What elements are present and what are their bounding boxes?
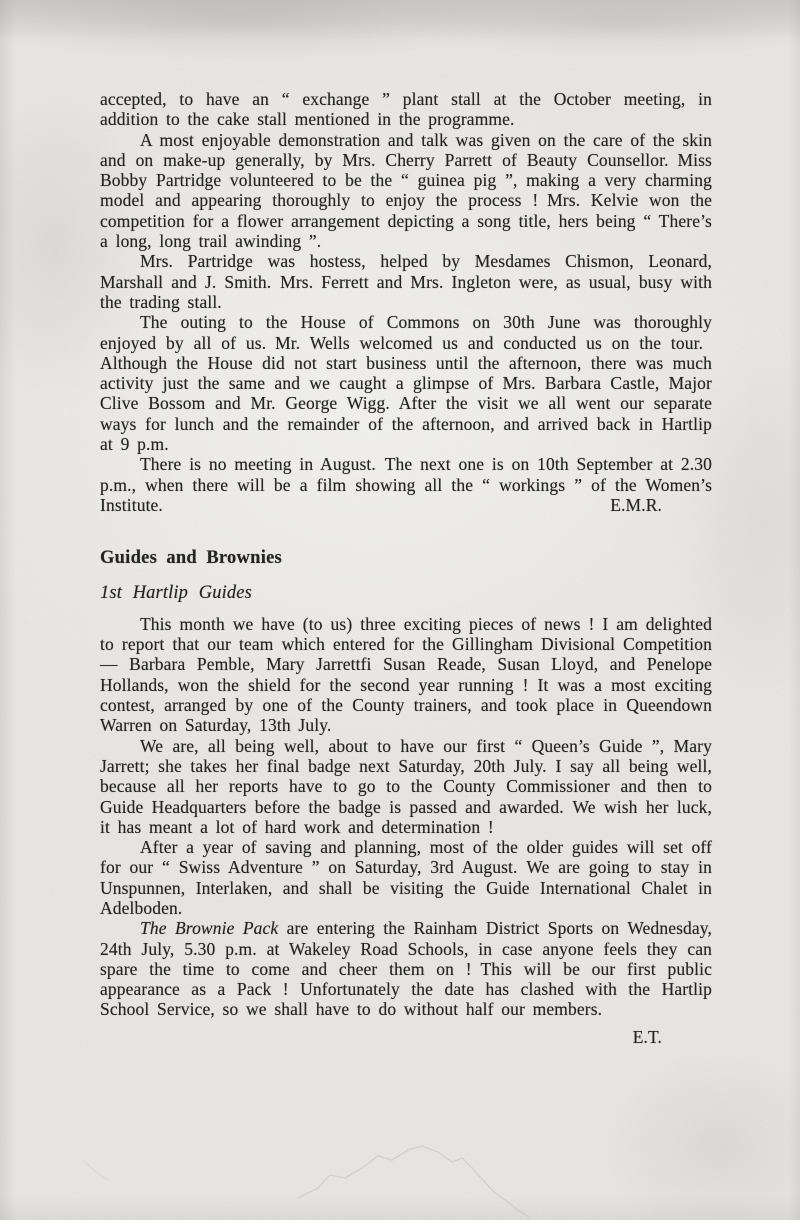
subsection-heading-1st-hartlip-guides: 1st Hartlip Guides [100,583,712,603]
paragraph-wi-demonstration: A most enjoyable demonstration and talk … [100,130,712,252]
paragraph-guides-swiss-adventure: After a year of saving and planning, mos… [100,837,712,918]
paragraph-wi-continuation: accepted, to have an “ exchange ” plant … [100,89,712,130]
paragraph-guides-competition: This month we have (to us) three excitin… [100,614,712,736]
paragraph-brownie-pack: The Brownie Pack are entering the Rainha… [100,918,712,1019]
paragraph-guides-queens-guide: We are, all being well, about to have ou… [100,736,712,837]
text-column: accepted, to have an “ exchange ” plant … [100,89,712,1040]
guides-signature: E.T. [593,1027,662,1047]
brownie-pack-lead: The Brownie Pack [140,918,278,938]
paragraph-wi-next-meeting: There is no meeting in August. The next … [100,454,712,515]
section-heading-guides-and-brownies: Guides and Brownies [100,548,712,568]
page-scan: { "colors": { "paper": "#e9e8e4", "ink":… [0,0,800,1220]
paragraph-wi-hostess: Mrs. Partridge was hostess, helped by Me… [100,251,712,312]
paragraph-wi-outing: The outing to the House of Commons on 30… [100,312,712,454]
wi-signature: E.M.R. [570,495,662,515]
